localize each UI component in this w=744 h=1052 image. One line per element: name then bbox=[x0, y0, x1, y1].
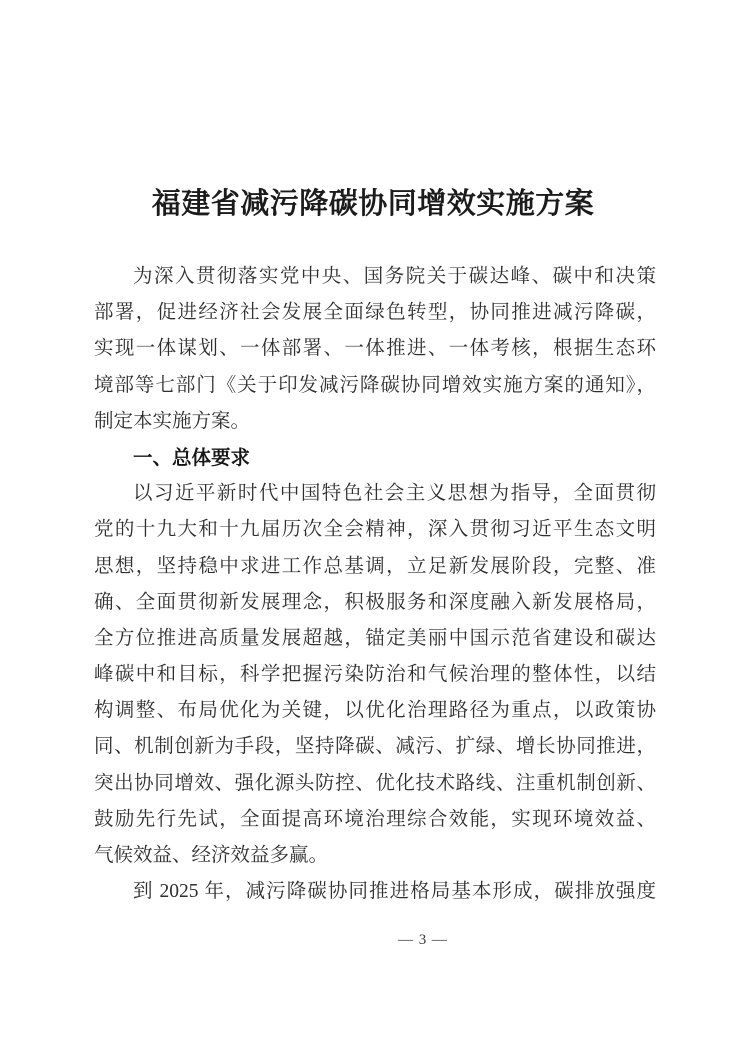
text-line: 全方位推进高质量发展超越，锚定美丽中国示范省建设和碳达 bbox=[94, 621, 656, 657]
text-line: 突出协同增效、强化源头防控、优化技术路线、注重机制创新、 bbox=[94, 766, 656, 802]
section-heading: 一、总体要求 bbox=[94, 440, 656, 476]
text-line: 制定本实施方案。 bbox=[94, 404, 656, 440]
page-number: — 3 — bbox=[0, 930, 744, 950]
text-line: 鼓励先行先试，全面提高环境治理综合效能，实现环境效益、 bbox=[94, 802, 656, 838]
text-line: 为深入贯彻落实党中央、国务院关于碳达峰、碳中和决策 bbox=[94, 259, 656, 295]
text-line: 思想，坚持稳中求进工作总基调，立足新发展阶段，完整、准 bbox=[94, 549, 656, 585]
text-line: 部署，促进经济社会发展全面绿色转型，协同推进减污降碳， bbox=[94, 295, 656, 331]
text-line: 境部等七部门《关于印发减污降碳协同增效实施方案的通知》， bbox=[94, 368, 656, 404]
text-line: 党的十九大和十九届历次全会精神，深入贯彻习近平生态文明 bbox=[94, 512, 656, 548]
text-line: 到 2025 年，减污降碳协同推进格局基本形成，碳排放强度 bbox=[94, 874, 656, 910]
text-line: 确、全面贯彻新发展理念，积极服务和深度融入新发展格局， bbox=[94, 585, 656, 621]
text-line: 峰碳中和目标，科学把握污染防治和气候治理的整体性，以结 bbox=[94, 657, 656, 693]
text-line: 构调整、布局优化为关键，以优化治理路径为重点，以政策协 bbox=[94, 693, 656, 729]
text-line: 实现一体谋划、一体部署、一体推进、一体考核，根据生态环 bbox=[94, 331, 656, 367]
text-line: 以习近平新时代中国特色社会主义思想为指导，全面贯彻 bbox=[94, 476, 656, 512]
document-body: 为深入贯彻落实党中央、国务院关于碳达峰、碳中和决策 部署，促进经济社会发展全面绿… bbox=[94, 259, 656, 910]
document-page: 福建省减污降碳协同增效实施方案 为深入贯彻落实党中央、国务院关于碳达峰、碳中和决… bbox=[0, 0, 744, 1052]
document-title: 福建省减污降碳协同增效实施方案 bbox=[92, 187, 654, 221]
text-line: 同、机制创新为手段，坚持降碳、减污、扩绿、增长协同推进， bbox=[94, 729, 656, 765]
text-line: 气候效益、经济效益多赢。 bbox=[94, 838, 656, 874]
